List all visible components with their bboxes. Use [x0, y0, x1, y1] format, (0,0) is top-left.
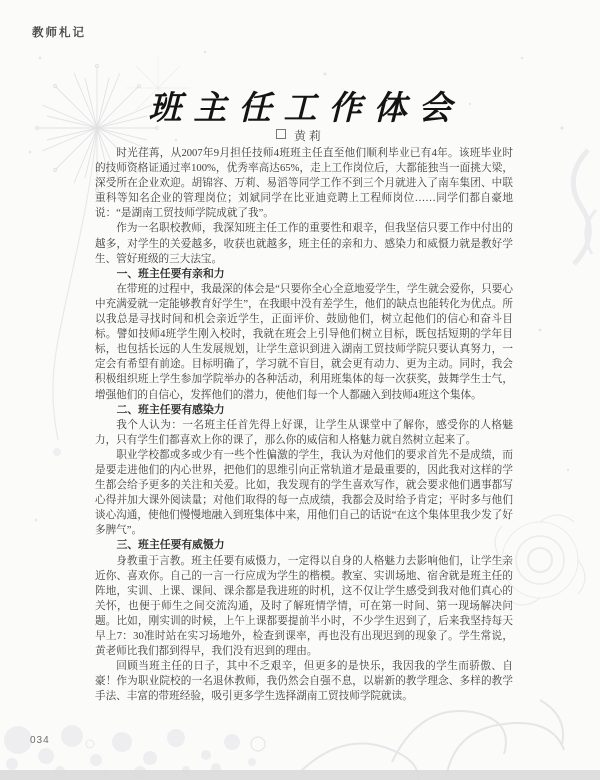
- section-heading: 二、班主任要有感染力: [95, 403, 513, 418]
- magazine-page: 教师札记 班主任工作体会 黄莉 时光荏苒，从2007年9月担任技师4班班主任直至…: [0, 0, 600, 780]
- section-heading: 一、班主任要有亲和力: [95, 267, 513, 282]
- paragraph: 我个人认为：一名班主任首先得上好课，让学生从课堂中了解你，感受你的人格魅力，只有…: [95, 418, 513, 448]
- bottom-edge-band: [0, 770, 600, 780]
- page-number: 034: [30, 735, 50, 746]
- paragraph: 职业学校都或多或少有一些个性偏激的学生，我认为对他们的要求首先不是成绩，而是要走…: [95, 448, 513, 539]
- paragraph: 作为一名职校教师，我深知班主任工作的重要性和艰辛，但我坚信只要工作中付出的越多，…: [95, 221, 513, 266]
- scroll-swirl-ornament: [300, 700, 564, 780]
- floral-swirl-ornament: [573, 150, 596, 264]
- journal-header: 教师札记: [32, 24, 86, 40]
- article-body: 时光荏苒，从2007年9月担任技师4班班主任直至他们顺利毕业已有4年。该班毕业时…: [95, 146, 513, 704]
- author-name: 黄莉: [294, 129, 324, 143]
- paragraph: 时光荏苒，从2007年9月担任技师4班班主任直至他们顺利毕业已有4年。该班毕业时…: [95, 146, 513, 221]
- article-title: 班主任工作体会: [0, 82, 600, 129]
- paragraph: 在带班的过程中，我最深的体会是“只要你全心全意地爱学生，学生就会爱你，只要心中充…: [95, 282, 513, 403]
- author-square-icon: [276, 129, 286, 139]
- stem-ornament: [53, 128, 97, 440]
- paragraph: 身教重于言教。班主任要有威慑力，一定得以自身的人格魅力去影响他们，让学生亲近你、…: [95, 554, 513, 660]
- section-heading: 三、班主任要有威慑力: [95, 538, 513, 553]
- paragraph: 回顾当班主任的日子，其中不乏艰辛，但更多的是快乐，我因我的学生而骄傲、自豪！作为…: [95, 659, 513, 704]
- author-line: 黄莉: [0, 127, 600, 144]
